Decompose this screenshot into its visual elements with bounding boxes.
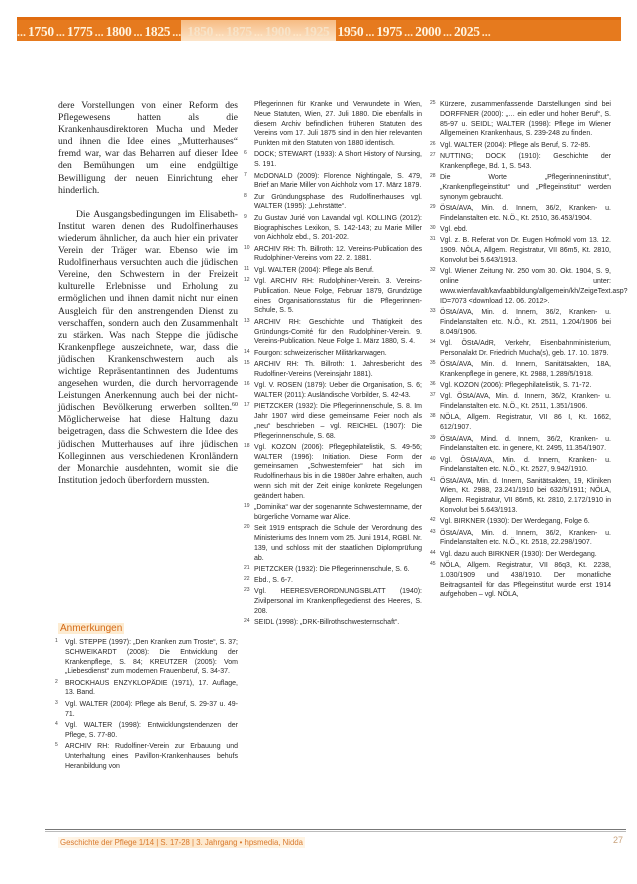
footnote-text: NÖLA, Allgem. Registratur, VII 86 I, Kt.…	[440, 414, 611, 431]
footnote: 18Vgl. KOZON (2006): Pflegephilatelistik…	[247, 443, 422, 502]
footnote-text: Vgl. WALTER (1998): Entwicklungstendenze…	[65, 722, 238, 739]
footnote: 19„Dominika“ war der sogenannte Schweste…	[247, 503, 422, 523]
footnote: 45NÖLA, Allgem. Registratur, VII 86q3, K…	[433, 561, 611, 600]
footnote-text: ARCHIV RH: Th. Billroth: 12. Vereins-Pub…	[254, 246, 422, 263]
footnote-text: Vgl. KOZON (2006): Pflegephilatelistik, …	[254, 444, 422, 500]
footnote: 40Vgl. ÖStA/AVA, Min. d. Innern, Kranken…	[433, 456, 611, 476]
footnote: 14Fourgon: schweizerischer Militärkarwag…	[247, 349, 422, 359]
footnote-number: 27	[430, 151, 436, 161]
footnote-text: Vgl. HEERESVERORDNUNGSBLATT (1940): Zivi…	[254, 588, 422, 615]
footnote-text: SEIDL (1998): „DRK-Billrothschwesternsch…	[254, 619, 399, 626]
footnote-text: Vgl. WALTER (2004): Pflege als Beruf, S.…	[65, 701, 238, 718]
footnote-number: 19	[244, 502, 250, 512]
footnote: 35ÖStA/AVA, Min. d. Innern, Sanitätsakte…	[433, 360, 611, 380]
timeline-highlight-range: 1850 ... 1875 ... 1900 ... 1925	[181, 19, 335, 41]
footnote: 4Vgl. WALTER (1998): Entwicklungstendenz…	[58, 721, 238, 741]
footnote-number: 34	[430, 338, 436, 348]
column-left: dere Vorstellungen von einer Reform des …	[58, 100, 238, 487]
footnote: 43ÖStA/AVA, Min. d. Innern, 36/2, Kranke…	[433, 529, 611, 549]
notes-heading: Anmerkungen	[58, 623, 124, 634]
footnote-text: Seit 1919 entsprach die Schule der Veror…	[254, 525, 422, 561]
timeline-separator: ...	[215, 24, 224, 41]
page-number: 27	[613, 835, 623, 845]
footnote-number: 1	[55, 637, 58, 647]
footnote-text: Vgl. BIRKNER (1930): Der Werdegang, Folg…	[440, 518, 590, 525]
timeline-year: 2000	[413, 24, 443, 41]
footnote: 16Vgl. V. ROSEN (1879): Ueber die Organi…	[247, 381, 422, 401]
footnote-reference[interactable]: 60	[232, 402, 238, 408]
footnote: 17PIETZCKER (1932): Die Pflegerinnenschu…	[247, 402, 422, 441]
timeline-separator: ...	[17, 24, 26, 41]
footnote: 27NUTTING; DOCK (1910): Geschichte der K…	[433, 152, 611, 172]
timeline-separator: ...	[172, 24, 181, 41]
footnote-number: 41	[430, 476, 436, 486]
timeline-year: 2025	[452, 24, 482, 41]
timeline-year: 1825	[142, 24, 172, 41]
footnote-number: 42	[430, 516, 436, 526]
footnote-number: 40	[430, 455, 436, 465]
footnote-number: 18	[244, 442, 250, 452]
footnote-text: Pflegerinnen für Kranke und Verwundete i…	[254, 101, 422, 147]
footnote-text: ÖStA/AVA, Min. d. Innern, Sanitätsakten,…	[440, 478, 611, 514]
timeline-year-highlighted: 1850	[185, 24, 215, 41]
footnote: 12Vgl. ARCHIV RH: Rudolphiner-Verein. 3.…	[247, 277, 422, 316]
footnote-text: Vgl. WALTER (2004): Pflege als Beruf.	[254, 267, 374, 274]
timeline-year: 1750	[26, 24, 56, 41]
timeline-separator: ...	[133, 24, 142, 41]
timeline-separator: ...	[293, 24, 302, 41]
timeline-year-highlighted: 1925	[302, 24, 332, 41]
footnote-number: 39	[430, 434, 436, 444]
footnote-text: NÖLA, Allgem. Registratur, VII 86q3, Kt.…	[440, 562, 611, 598]
footnote-number: 5	[55, 741, 58, 751]
footnote: 11Vgl. WALTER (2004): Pflege als Beruf.	[247, 266, 422, 276]
footnote-number: 38	[430, 412, 436, 422]
footnote: 10ARCHIV RH: Th. Billroth: 12. Vereins-P…	[247, 245, 422, 265]
footnote: 44Vgl. dazu auch BIRKNER (1930): Der Wer…	[433, 550, 611, 560]
footnote-text: Vgl. ÖStA/AdR, Verkehr, Eisenbahnministe…	[440, 340, 611, 357]
footnote-text: ÖStA/AVA, Min. d. Innern, 36/2, Kranken-…	[440, 309, 611, 336]
footnote: 24SEIDL (1998): „DRK-Billrothschwesterns…	[247, 618, 422, 628]
footnote: 15ARCHIV RH: Th. Billroth: 1. Jahresberi…	[247, 360, 422, 380]
footnote-number: 29	[430, 203, 436, 213]
footnote: 26Vgl. WALTER (2004): Pflege als Beruf, …	[433, 141, 611, 151]
footnote-number: 22	[244, 575, 250, 585]
timeline-separator: ...	[95, 24, 104, 41]
body-paragraph-text: Die Ausgangsbedingungen im Elisabeth-Ins…	[58, 209, 238, 414]
timeline-year: 1800	[104, 24, 134, 41]
body-paragraph: Die Ausgangsbedingungen im Elisabeth-Ins…	[58, 209, 238, 487]
footnote-number: 3	[55, 699, 58, 709]
footnote-text: ÖStA/AVA, Min. d. Innern, 36/2, Kranken-…	[440, 530, 611, 547]
footnote-number: 28	[430, 172, 436, 182]
footnote-text: Vgl. V. ROSEN (1879): Ueber die Organisa…	[254, 382, 422, 399]
footnote-number: 25	[430, 99, 436, 109]
footnote: 37Vgl. ÖStA/AVA, Min. d. Innern, 36/2, K…	[433, 392, 611, 412]
footnote-number: 13	[244, 317, 250, 327]
footnote-number: 16	[244, 380, 250, 390]
footnote-number: 6	[244, 149, 247, 159]
footnote: 38NÖLA, Allgem. Registratur, VII 86 I, K…	[433, 413, 611, 433]
timeline-separator: ...	[56, 24, 65, 41]
footnote: 41ÖStA/AVA, Min. d. Innern, Sanitätsakte…	[433, 477, 611, 516]
timeline-separator: ...	[482, 24, 491, 41]
footnote: 36Vgl. KOZON (2006): Pflegephilatelistik…	[433, 381, 611, 391]
footnote: 39ÖStA/AVA, Mind. d. Innern, 36/2, Krank…	[433, 435, 611, 455]
footnote-number: 31	[430, 235, 436, 245]
footnote: 8Zur Gründungsphase des Rudolfinerhauses…	[247, 193, 422, 213]
footnote-text: PIETZCKER (1932): Die Pflegerinnenschule…	[254, 566, 410, 573]
footnote-text: DOCK; STEWART (1933): A Short History of…	[254, 151, 422, 168]
timeline-header: ... 1750 ... 1775 ... 1800 ... 1825 ... …	[17, 17, 621, 41]
footnote-number: 26	[430, 140, 436, 150]
footnote: 31Vgl. z. B. Referat von Dr. Eugen Hofmo…	[433, 236, 611, 265]
footnote-number: 8	[244, 192, 247, 202]
timeline-top-rule	[17, 17, 621, 20]
column-right: 25Kürzere, zusammenfassende Darstellunge…	[433, 100, 611, 602]
footnote-text: Vgl. ÖStA/AVA, Min. d. Innern, 36/2, Kra…	[440, 393, 611, 410]
timeline-separator: ...	[443, 24, 452, 41]
footnote-number: 11	[244, 265, 249, 275]
footnote-number: 15	[244, 359, 250, 369]
footnote-text: ARCHIV RH: Th. Billroth: 1. Jahresberich…	[254, 361, 422, 378]
footnote-text: „Dominika“ war der sogenannte Schwestern…	[254, 504, 422, 521]
footnote: 34Vgl. ÖStA/AdR, Verkehr, Eisenbahnminis…	[433, 339, 611, 359]
footnote-number: 17	[244, 401, 250, 411]
footnote-number: 24	[244, 617, 250, 627]
footnote-text: Vgl. ARCHIV RH: Rudolphiner-Verein. 3. V…	[254, 278, 422, 314]
footer-divider-thin	[45, 831, 626, 832]
footnote-text: Vgl. z. B. Referat von Dr. Eugen Hofmokl…	[440, 237, 611, 264]
column-middle: Pflegerinnen für Kranke und Verwundete i…	[247, 100, 422, 630]
footnote: 21PIETZCKER (1932): Die Pflegerinnenschu…	[247, 565, 422, 575]
footnote-text: Zur Gründungsphase des Rudolfinerhauses …	[254, 194, 422, 211]
timeline-year: 1975	[374, 24, 404, 41]
footnote-text: ÖStA/AVA, Min. d. Innern, Sanitätsakten,…	[440, 361, 611, 378]
footnote-text: Vgl. dazu auch BIRKNER (1930): Der Werde…	[440, 551, 597, 558]
footnote: 30Vgl. ebd.	[433, 225, 611, 235]
timeline-separator: ...	[254, 24, 263, 41]
footnote-text: Fourgon: schweizerischer Militärkarwagen…	[254, 350, 387, 357]
footnote-number: 45	[430, 560, 436, 570]
footnote-text: Ebd., S. 6-7.	[254, 577, 293, 584]
footnote-text: ÖStA/AVA, Mind. d. Innern, 36/2, Kranken…	[440, 436, 611, 453]
timeline-year: 1950	[336, 24, 366, 41]
footnote: Pflegerinnen für Kranke und Verwundete i…	[247, 100, 422, 149]
footnote-text: PIETZCKER (1932): Die Pflegerinnenschule…	[254, 403, 422, 439]
footnote-number: 21	[244, 564, 250, 574]
footnote: 2BROCKHAUS ENZYKLOPÄDIE (1971), 17. Aufl…	[58, 679, 238, 699]
footnote-list: 1Vgl. STEPPE (1997): „Den Kranken zum Tr…	[58, 638, 238, 773]
timeline-separator: ...	[365, 24, 374, 41]
footnote-text: ARCHIV RH: Geschichte und Thätigkeit des…	[254, 319, 422, 346]
footnote: 20Seit 1919 entsprach die Schule der Ver…	[247, 524, 422, 563]
footnote-text: ÖStA/AVA, Min. d. Innern, 36/2, Kranken-…	[440, 205, 611, 222]
footnote-number: 36	[430, 380, 436, 390]
footer-divider	[45, 829, 626, 830]
footnote: 28Die Worte „Pflegerinneninstitut“, „Kra…	[433, 173, 611, 202]
footnote-number: 35	[430, 359, 436, 369]
footnote: 25Kürzere, zusammenfassende Darstellunge…	[433, 100, 611, 139]
timeline-year-highlighted: 1875	[224, 24, 254, 41]
footnote-text: ARCHIV RH: Rudolfiner-Verein zur Erbauun…	[65, 743, 238, 770]
footnote-text: Vgl. WALTER (2004): Pflege als Beruf, S.…	[440, 142, 590, 149]
footnote-number: 2	[55, 678, 58, 688]
footnote: 42Vgl. BIRKNER (1930): Der Werdegang, Fo…	[433, 517, 611, 527]
footnote-number: 10	[244, 244, 250, 254]
footnote: 22Ebd., S. 6-7.	[247, 576, 422, 586]
footnote-number: 30	[430, 224, 436, 234]
footnote-text: Die Worte „Pflegerinneninstitut“, „Krank…	[440, 174, 611, 201]
footnote-text: BROCKHAUS ENZYKLOPÄDIE (1971), 17. Aufla…	[65, 680, 238, 697]
footer-citation: Geschichte der Pflege 1/14 | S. 17-28 | …	[58, 837, 305, 848]
footnote-number: 7	[244, 171, 247, 181]
footnote: 29ÖStA/AVA, Min. d. Innern, 36/2, Kranke…	[433, 204, 611, 224]
footnote: 9Zu Gustav Jurié von Lavandal vgl. KOLLI…	[247, 214, 422, 243]
timeline-year: 1775	[65, 24, 95, 41]
footnote-text: Vgl. ÖStA/AVA, Min. d. Innern, Kranken- …	[440, 457, 611, 474]
footnote: 23Vgl. HEERESVERORDNUNGSBLATT (1940): Zi…	[247, 587, 422, 616]
footnote-number: 12	[244, 276, 250, 286]
timeline-separator: ...	[404, 24, 413, 41]
footnote-number: 44	[430, 549, 436, 559]
footnote-text: Zu Gustav Jurié von Lavandal vgl. KOLLIN…	[254, 215, 422, 242]
footnote-number: 43	[430, 528, 436, 538]
footnote-number: 20	[244, 523, 250, 533]
footnote-text: NUTTING; DOCK (1910): Geschichte der Kra…	[440, 153, 611, 170]
body-paragraph: dere Vorstellungen von einer Reform des …	[58, 100, 238, 197]
footnote-text: Vgl. ebd.	[440, 226, 468, 233]
footnote-number: 9	[244, 213, 247, 223]
footnote-text: Kürzere, zusammenfassende Darstellungen …	[440, 101, 611, 137]
footnote: 32Vgl. Wiener Zeitung Nr. 250 vom 30. Ok…	[433, 267, 611, 306]
footnote: 1Vgl. STEPPE (1997): „Den Kranken zum Tr…	[58, 638, 238, 677]
footnote: 13ARCHIV RH: Geschichte und Thätigkeit d…	[247, 318, 422, 347]
timeline-year-highlighted: 1900	[263, 24, 293, 41]
footnote-number: 23	[244, 586, 250, 596]
footnote-text: McDONALD (2009): Florence Nightingale, S…	[254, 173, 422, 190]
footnote: 33ÖStA/AVA, Min. d. Innern, 36/2, Kranke…	[433, 308, 611, 337]
footnote-number: 33	[430, 307, 436, 317]
body-paragraph-text: Möglicherweise hat diese Haltung dazu be…	[58, 414, 238, 485]
footnote: 5ARCHIV RH: Rudolfiner-Verein zur Erbauu…	[58, 742, 238, 771]
footnote-number: 14	[244, 348, 250, 358]
footnote: 6DOCK; STEWART (1933): A Short History o…	[247, 150, 422, 170]
footnote: 7McDONALD (2009): Florence Nightingale, …	[247, 172, 422, 192]
footnote-text: Vgl. KOZON (2006): Pflegephilatelistik, …	[440, 382, 591, 389]
footnote-number: 4	[55, 720, 58, 730]
footnote-text: Vgl. STEPPE (1997): „Den Kranken zum Tro…	[65, 639, 238, 675]
footnote-text: Vgl. Wiener Zeitung Nr. 250 vom 30. Okt.…	[440, 268, 628, 304]
footnote-number: 32	[430, 266, 436, 276]
footnote: 3Vgl. WALTER (2004): Pflege als Beruf, S…	[58, 700, 238, 720]
footnote-number: 37	[430, 391, 436, 401]
